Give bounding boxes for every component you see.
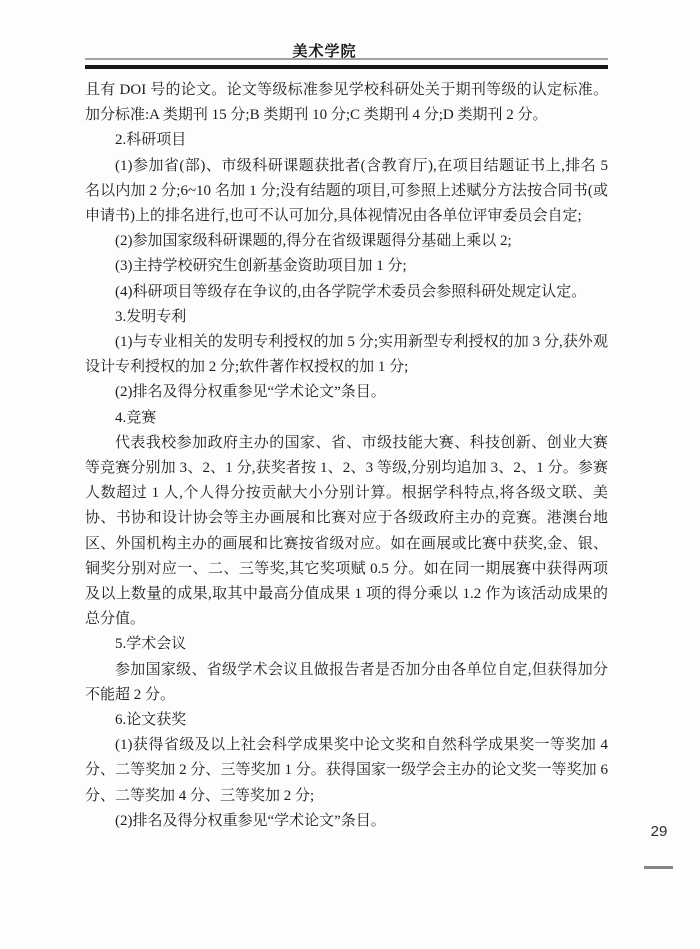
header-rule-thick bbox=[85, 65, 608, 69]
section-heading-academic-conferences: 5.学术会议 bbox=[85, 632, 608, 657]
document-body: 且有 DOI 号的论文。论文等级标准参见学校科研处关于期刊等级的认定标准。加分标… bbox=[85, 78, 608, 834]
paragraph: (2)排名及得分权重参见“学术论文”条目。 bbox=[85, 380, 608, 405]
paragraph: (4)科研项目等级存在争议的,由各学院学术委员会参照科研处规定认定。 bbox=[85, 280, 608, 305]
paragraph: (1)与专业相关的发明专利授权的加 5 分;实用新型专利授权的加 3 分,获外观… bbox=[85, 330, 608, 380]
page-number: 29 bbox=[645, 823, 673, 840]
section-heading-competitions: 4.竞赛 bbox=[85, 406, 608, 431]
paragraph: 参加国家级、省级学术会议且做报告者是否加分由各单位自定,但获得加分不能超 2 分… bbox=[85, 658, 608, 708]
section-heading-paper-awards: 6.论文获奖 bbox=[85, 708, 608, 733]
header-rule-thin bbox=[85, 58, 608, 60]
paragraph: 代表我校参加政府主办的国家、省、市级技能大赛、科技创新、创业大赛等竞赛分别加 3… bbox=[85, 431, 608, 633]
footer-rule bbox=[644, 866, 673, 869]
paragraph: (1)参加省(部)、市级科研课题获批者(含教育厅),在项目结题证书上,排名 5 … bbox=[85, 154, 608, 230]
paragraph: (3)主持学校研究生创新基金资助项目加 1 分; bbox=[85, 254, 608, 279]
section-heading-research-projects: 2.科研项目 bbox=[85, 128, 608, 153]
paragraph: (1)获得省级及以上社会科学成果奖中论文奖和自然科学成果奖一等奖加 4 分、二等… bbox=[85, 733, 608, 809]
paragraph: (2)排名及得分权重参见“学术论文”条目。 bbox=[85, 809, 608, 834]
section-heading-invention-patents: 3.发明专利 bbox=[85, 305, 608, 330]
paragraph: (2)参加国家级科研课题的,得分在省级课题得分基础上乘以 2; bbox=[85, 229, 608, 254]
paragraph-continuation: 且有 DOI 号的论文。论文等级标准参见学校科研处关于期刊等级的认定标准。加分标… bbox=[85, 78, 608, 128]
